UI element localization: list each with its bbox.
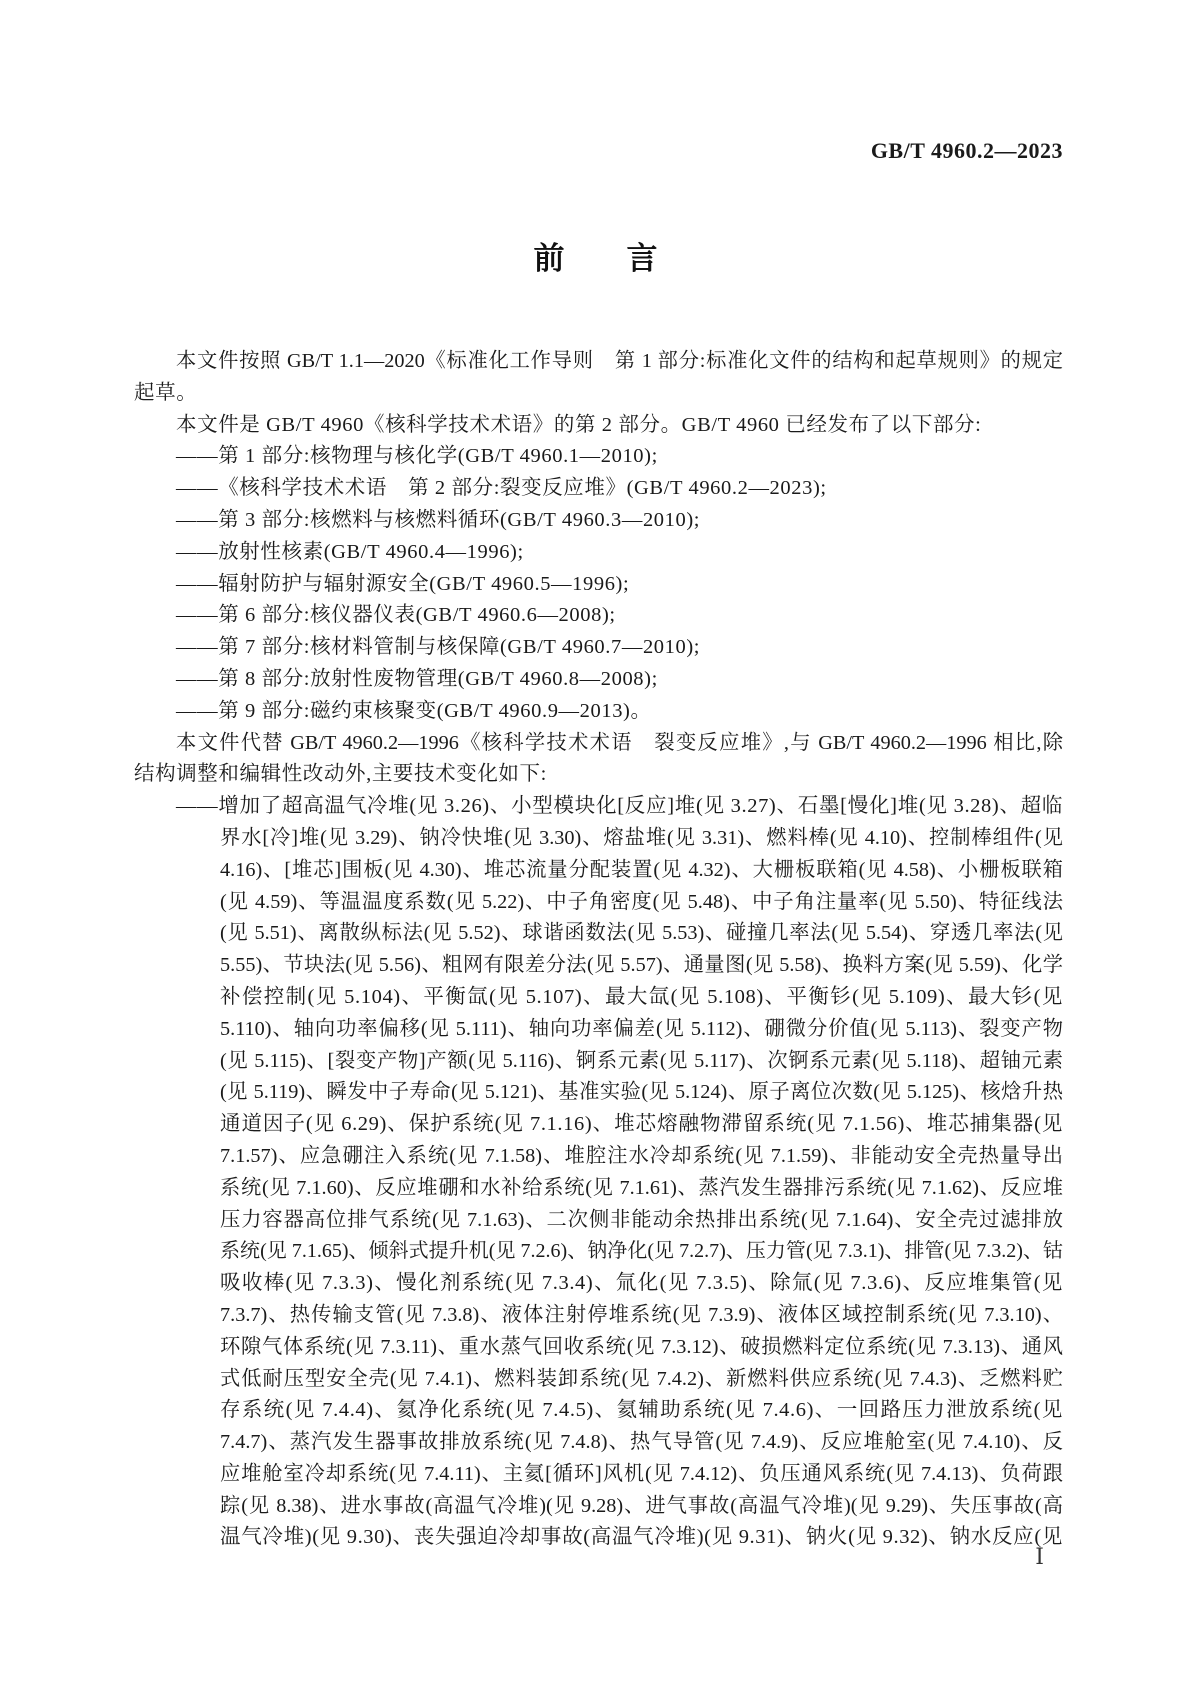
text-line: 5.110)、轴向功率偏移(见 5.111)、轴向功率偏差(见 5.112)、硼… <box>134 1014 1063 1046</box>
text-line: 7.3.7)、热传输支管(见 7.3.8)、液体注射停堆系统(见 7.3.9)、… <box>134 1300 1063 1332</box>
standard-code: GB/T 4960.2—2023 <box>134 139 1063 163</box>
text-line: (见 5.51)、离散纵标法(见 5.52)、球谐函数法(见 5.53)、碰撞几… <box>134 918 1063 950</box>
text-line: 5.55)、节块法(见 5.56)、粗网有限差分法(见 5.57)、通量图(见 … <box>134 950 1063 982</box>
text-line: 式低耐压型安全壳(见 7.4.1)、燃料装卸系统(见 7.4.2)、新燃料供应系… <box>134 1364 1063 1396</box>
text-line: ——第 3 部分:核燃料与核燃料循环(GB/T 4960.3—2010); <box>134 505 1063 537</box>
text-line: (见 4.59)、等温温度系数(见 5.22)、中子角密度(见 5.48)、中子… <box>134 887 1063 919</box>
text-line: ——第 8 部分:放射性废物管理(GB/T 4960.8—2008); <box>134 664 1063 696</box>
text-line: 7.1.57)、应急硼注入系统(见 7.1.58)、堆腔注水冷却系统(见 7.1… <box>134 1141 1063 1173</box>
text-line: 系统(见 7.1.65)、倾斜式提升机(见 7.2.6)、钠净化(见 7.2.7… <box>134 1236 1063 1268</box>
document-page: GB/T 4960.2—2023 前 言 本文件按照 GB/T 1.1—2020… <box>0 0 1191 1685</box>
text-line: (见 5.119)、瞬发中子寿命(见 5.121)、基准实验(见 5.124)、… <box>134 1077 1063 1109</box>
foreword-body: 本文件按照 GB/T 1.1—2020《标准化工作导则 第 1 部分:标准化文件… <box>134 346 1063 1554</box>
text-line: ——第 9 部分:磁约束核聚变(GB/T 4960.9—2013)。 <box>134 696 1063 728</box>
page-title: 前 言 <box>0 241 1191 277</box>
text-line: ——增加了超高温气冷堆(见 3.26)、小型模块化[反应]堆(见 3.27)、石… <box>134 791 1063 823</box>
text-line: ——辐射防护与辐射源安全(GB/T 4960.5—1996); <box>134 569 1063 601</box>
text-line: ——《核科学技术术语 第 2 部分:裂变反应堆》(GB/T 4960.2—202… <box>134 473 1063 505</box>
text-line: 应堆舱室冷却系统(见 7.4.11)、主氦[循环]风机(见 7.4.12)、负压… <box>134 1459 1063 1491</box>
text-line: 吸收棒(见 7.3.3)、慢化剂系统(见 7.3.4)、氚化(见 7.3.5)、… <box>134 1268 1063 1300</box>
text-line: 本文件按照 GB/T 1.1—2020《标准化工作导则 第 1 部分:标准化文件… <box>134 346 1063 378</box>
text-line: 存系统(见 7.4.4)、氦净化系统(见 7.4.5)、氦辅助系统(见 7.4.… <box>134 1395 1063 1427</box>
text-line: 7.4.7)、蒸汽发生器事故排放系统(见 7.4.8)、热气导管(见 7.4.9… <box>134 1427 1063 1459</box>
text-line: 4.16)、[堆芯]围板(见 4.30)、堆芯流量分配装置(见 4.32)、大栅… <box>134 855 1063 887</box>
text-line: 通道因子(见 6.29)、保护系统(见 7.1.16)、堆芯熔融物滞留系统(见 … <box>134 1109 1063 1141</box>
text-line: 补偿控制(见 5.104)、平衡氙(见 5.107)、最大氙(见 5.108)、… <box>134 982 1063 1014</box>
text-line: 压力容器高位排气系统(见 7.1.63)、二次侧非能动余热排出系统(见 7.1.… <box>134 1205 1063 1237</box>
text-line: 界水[冷]堆(见 3.29)、钠冷快堆(见 3.30)、熔盐堆(见 3.31)、… <box>134 823 1063 855</box>
text-line: 起草。 <box>134 378 1063 410</box>
page-number: Ⅰ <box>134 1544 1044 1570</box>
text-line: 本文件是 GB/T 4960《核科学技术术语》的第 2 部分。GB/T 4960… <box>134 410 1063 442</box>
text-line: ——第 1 部分:核物理与核化学(GB/T 4960.1—2010); <box>134 441 1063 473</box>
text-line: ——放射性核素(GB/T 4960.4—1996); <box>134 537 1063 569</box>
text-line: 本文件代替 GB/T 4960.2—1996《核科学技术术语 裂变反应堆》,与 … <box>134 728 1063 760</box>
text-line: 结构调整和编辑性改动外,主要技术变化如下: <box>134 759 1063 791</box>
text-line: ——第 6 部分:核仪器仪表(GB/T 4960.6—2008); <box>134 600 1063 632</box>
text-line: (见 5.115)、[裂变产物]产额(见 5.116)、锕系元素(见 5.117… <box>134 1046 1063 1078</box>
text-line: 系统(见 7.1.60)、反应堆硼和水补给系统(见 7.1.61)、蒸汽发生器排… <box>134 1173 1063 1205</box>
text-line: ——第 7 部分:核材料管制与核保障(GB/T 4960.7—2010); <box>134 632 1063 664</box>
text-line: 环隙气体系统(见 7.3.11)、重水蒸气回收系统(见 7.3.12)、破损燃料… <box>134 1332 1063 1364</box>
text-line: 踪(见 8.38)、进水事故(高温气冷堆)(见 9.28)、进气事故(高温气冷堆… <box>134 1491 1063 1523</box>
